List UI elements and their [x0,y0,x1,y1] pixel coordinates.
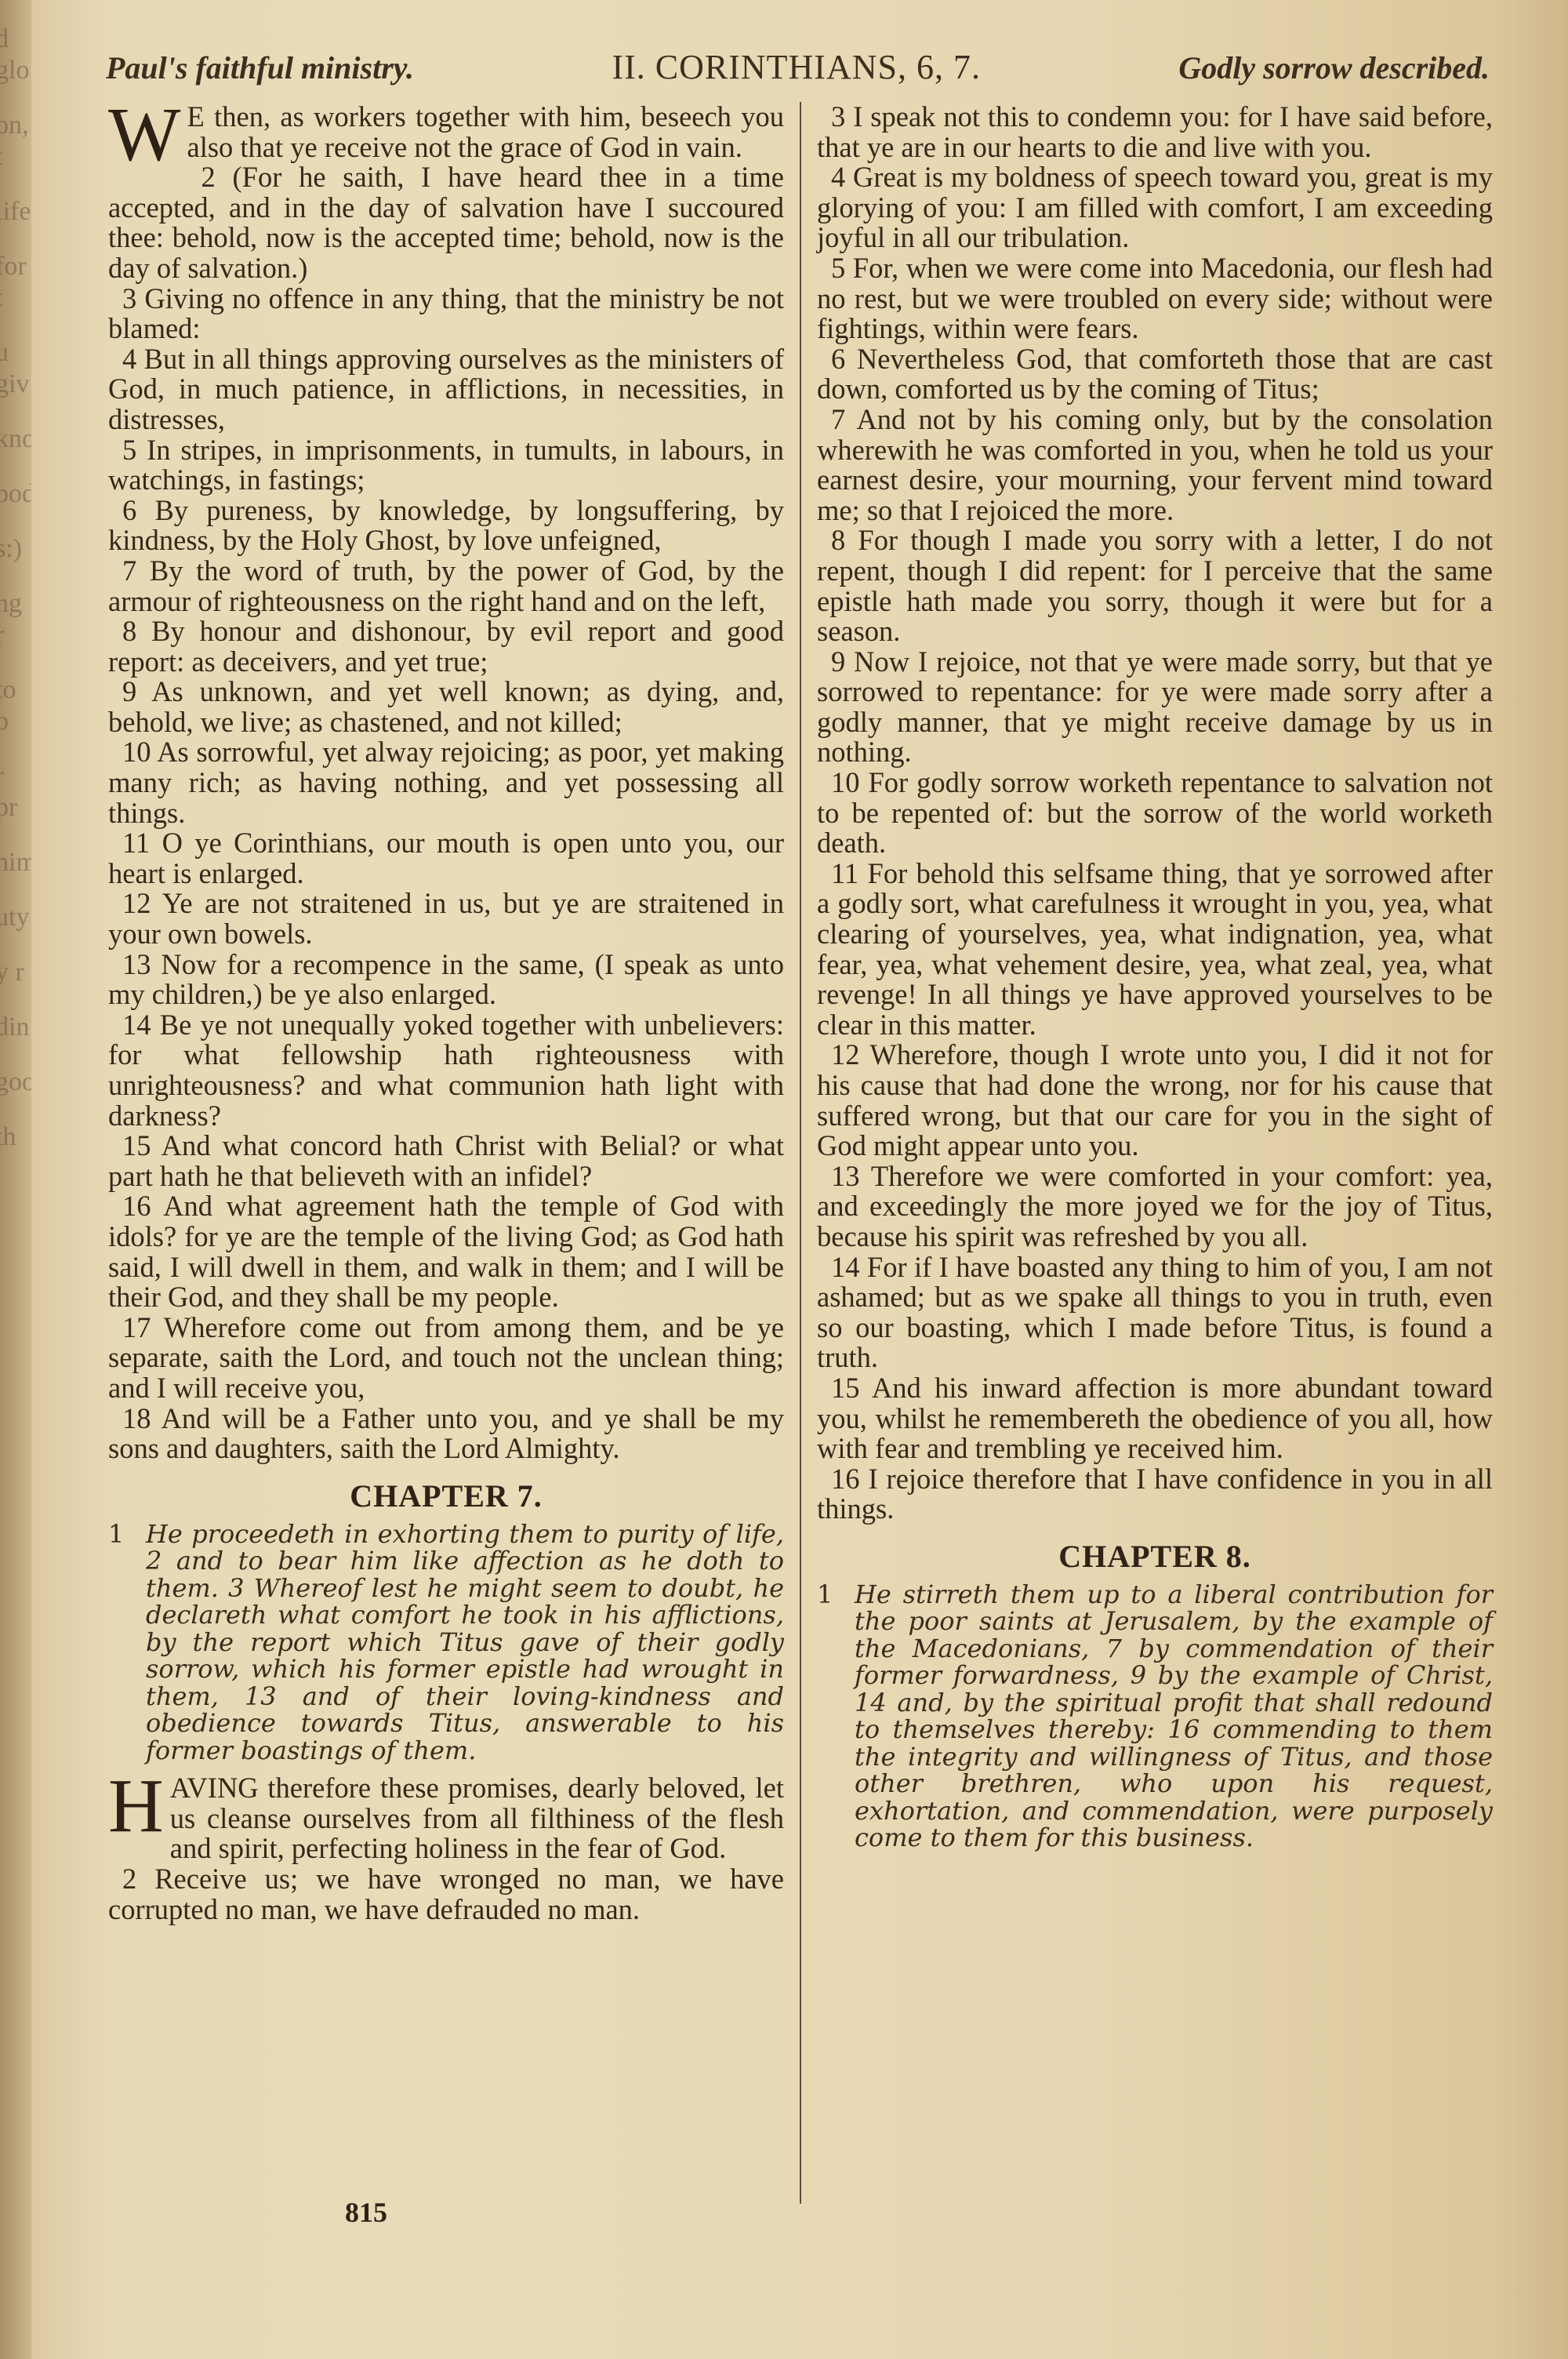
verse-text: By honour and dishonour, by evil report … [108,615,784,678]
verse: 6 Nevertheless God, that comforteth thos… [817,344,1493,405]
verse-text: By pureness, by knowledge, by longsuffer… [108,494,784,557]
right-column: 3 I speak not this to condemn you: for I… [817,102,1493,1861]
verse-text: For behold this selfsame thing, that ye … [817,857,1493,1041]
verse-number: 5 [817,252,845,284]
verse: 16 And what agreement hath the temple of… [108,1191,784,1312]
verse-text: I speak not this to condemn you: for I h… [817,100,1493,163]
bleed-text: on, t [0,110,31,173]
verse-number: 16 [817,1463,860,1495]
verse-text: For if I have boasted any thing to him o… [817,1251,1493,1374]
verse-text: Therefore we were comforted in your comf… [817,1160,1493,1252]
verse: 8 For though I made you sorry with a let… [817,525,1493,646]
verse-number: 11 [817,857,858,889]
chapter-8-heading: CHAPTER 8. [817,1537,1493,1576]
summary-number: 1 [108,1521,146,1548]
verse-number: 10 [108,736,151,768]
verse-number: 11 [108,827,150,859]
bleed-text: bod [0,478,31,510]
bleed-text: ng r [0,588,31,651]
verse-text: O ye Corinthians, our mouth is open unto… [108,827,784,889]
verse: 9 As unknown, and yet well known; as dyi… [108,677,784,737]
running-head-left: Paul's faithful ministry. [106,49,414,86]
verse-number: 5 [108,434,136,466]
chapter7-verse1: H AVING therefore these promises, dearly… [108,1773,784,1864]
verse-number: 3 [108,282,136,314]
verse-number: 4 [817,161,845,193]
verse: 12 Wherefore, though I wrote unto you, I… [817,1040,1493,1161]
verse-number: 14 [108,1009,151,1041]
verse-number: 16 [108,1190,151,1222]
verse-number: 18 [108,1402,151,1434]
chapter-7-heading: CHAPTER 7. [108,1477,784,1516]
verse: 3 I speak not this to condemn you: for I… [817,102,1493,162]
verse-number: 2 [108,1863,136,1895]
verse: 18 And will be a Father unto you, and ye… [108,1404,784,1464]
bleed-text: s:) [0,533,31,565]
verse-number: 12 [817,1038,860,1070]
summary-text: He proceedeth in exhorting them to purit… [146,1519,784,1765]
verse: 17 Wherefore come out from among them, a… [108,1313,784,1404]
left-column: W E then, as workers together with him, … [108,102,784,1925]
verse-text: Be ye not unequally yoked together with … [108,1009,784,1132]
verse-number: 8 [108,615,136,647]
verse-text: As sorrowful, yet alway rejoicing; as po… [108,736,784,828]
verse-text: Receive us; we have wronged no man, we h… [108,1863,784,1925]
verse: 14 For if I have boasted any thing to hi… [817,1252,1493,1373]
verse-number: 17 [108,1311,151,1343]
bleed-text: uty [0,902,31,933]
verse-text: And will be a Father unto you, and ye sh… [108,1402,784,1465]
verse-text: But in all things approving ourselves as… [108,343,784,435]
chapter6-verse1: W E then, as workers together with him, … [108,102,784,162]
verse-number: 6 [817,343,845,375]
verse: 4 Great is my boldness of speech toward … [817,162,1493,253]
verse-number: 2 [187,161,216,193]
verse-text: By the word of truth, by the power of Go… [108,554,784,617]
verse: 10 For godly sorrow worketh repentance t… [817,768,1493,859]
verse: 5 For, when we were come into Macedonia,… [817,253,1493,344]
verse: 2 (For he saith, I have heard thee in a … [108,162,784,283]
verse-number: 4 [108,343,136,375]
running-head-right: Godly sorrow described. [1178,49,1490,86]
verse: 7 By the word of truth, by the power of … [108,556,784,616]
verse-text: Now for a recompence in the same, (I spe… [108,948,784,1011]
verse: 11 For behold this selfsame thing, that … [817,859,1493,1041]
summary-number: 1 [817,1581,855,1608]
verse: 9 Now I rejoice, not that ye were made s… [817,647,1493,768]
verse-number: 14 [817,1251,860,1283]
verse: 15 And what concord hath Christ with Bel… [108,1131,784,1191]
book-page: d glo on, t life. for t u giv kno bod s:… [0,0,1568,2359]
verse-text: AVING therefore these promises, dearly b… [170,1772,784,1864]
verse-text: For, when we were come into Macedonia, o… [817,252,1493,344]
bleed-text: din [0,1012,31,1043]
verse-text: Great is my boldness of speech toward yo… [817,161,1493,253]
verse-number: 3 [817,100,845,133]
verse: 13 Therefore we were comforted in your c… [817,1161,1493,1252]
verse-number: 13 [108,948,151,980]
page-number: 815 [345,2196,387,2229]
verse: 12 Ye are not straitened in us, but ye a… [108,889,784,949]
verse-text: Now I rejoice, not that ye were made sor… [817,645,1493,769]
verse-number: 8 [817,524,845,556]
verse: 11 O ye Corinthians, our mouth is open u… [108,828,784,889]
drop-cap: H [108,1775,164,1837]
verse-text: Wherefore, though I wrote unto you, I di… [817,1038,1493,1161]
verse-number: 10 [817,766,860,798]
running-head-book-chapter: II. CORINTHIANS, 6, 7. [612,47,981,87]
verse: 5 In stripes, in imprisonments, in tumul… [108,435,784,496]
verse-text: Giving no offence in any thing, that the… [108,282,784,345]
verse-number: 15 [817,1372,860,1404]
verse-text: And what concord hath Christ with Belial… [108,1129,784,1192]
verse: 14 Be ye not unequally yoked together wi… [108,1010,784,1131]
verse-number: 12 [108,887,151,919]
verse: 6 By pureness, by knowledge, by longsuff… [108,496,784,556]
verse-text: For godly sorrow worketh repentance to s… [817,766,1493,859]
verse-number: 9 [817,645,845,678]
bleed-text: d glo [0,24,31,86]
verse-text: E then, as workers together with him, be… [187,100,785,163]
column-divider [800,102,801,2204]
running-head: Paul's faithful ministry. II. CORINTHIAN… [106,47,1490,94]
verse: 10 As sorrowful, yet alway rejoicing; as… [108,737,784,828]
bleed-text: goo [0,1067,31,1098]
chapter-8-summary: 1He stirreth them up to a liberal contri… [817,1581,1493,1852]
verse: 13 Now for a recompence in the same, (I … [108,950,784,1010]
verse-text: Ye are not straitened in us, but ye are … [108,887,784,950]
verse-text: As unknown, and yet well known; as dying… [108,675,784,738]
verse: 15 And his inward affection is more abun… [817,1373,1493,1464]
verse-text: For though I made you sorry with a lette… [817,524,1493,647]
verse-text: Nevertheless God, that comforteth those … [817,343,1493,405]
verse: 16 I rejoice therefore that I have confi… [817,1464,1493,1525]
bleed-text: to b [0,674,31,737]
verse-number: 15 [108,1129,151,1161]
bleed-text: u giv [0,337,31,400]
verse-number: 6 [108,494,136,526]
bleed-text: life. [0,196,31,227]
verse-number: 7 [817,403,845,435]
chapter-7-summary: 1He proceedeth in exhorting them to puri… [108,1521,784,1765]
summary-text: He stirreth them up to a liberal contrib… [855,1579,1493,1853]
bleed-text: kno [0,423,31,455]
verse-number: 9 [108,675,136,707]
verse-number: 7 [108,554,136,587]
verse-text: I rejoice therefore that I have confiden… [817,1463,1493,1525]
bleed-text: r pr [0,761,31,823]
verse: 7 And not by his coming only, but by the… [817,405,1493,525]
bleed-text: him [0,847,31,878]
bleed-text: y r [0,957,31,988]
verse-text: And his inward affection is more abundan… [817,1372,1493,1464]
verse-text: And not by his coming only, but by the c… [817,403,1493,526]
verse-text: In stripes, in imprisonments, in tumults… [108,434,784,496]
verse: 4 But in all things approving ourselves … [108,344,784,435]
bleed-text: for t [0,251,31,314]
facing-page-edge: d glo on, t life. for t u giv kno bod s:… [0,0,31,2359]
verse: 8 By honour and dishonour, by evil repor… [108,616,784,677]
bleed-text: th [0,1121,31,1153]
verse: 2 Receive us; we have wronged no man, we… [108,1864,784,1925]
verse-text: And what agreement hath the temple of Go… [108,1190,784,1313]
verse-number: 13 [817,1160,860,1192]
verse: 3 Giving no offence in any thing, that t… [108,284,784,344]
drop-cap: W [108,104,181,166]
verse-text: Wherefore come out from among them, and … [108,1311,784,1404]
